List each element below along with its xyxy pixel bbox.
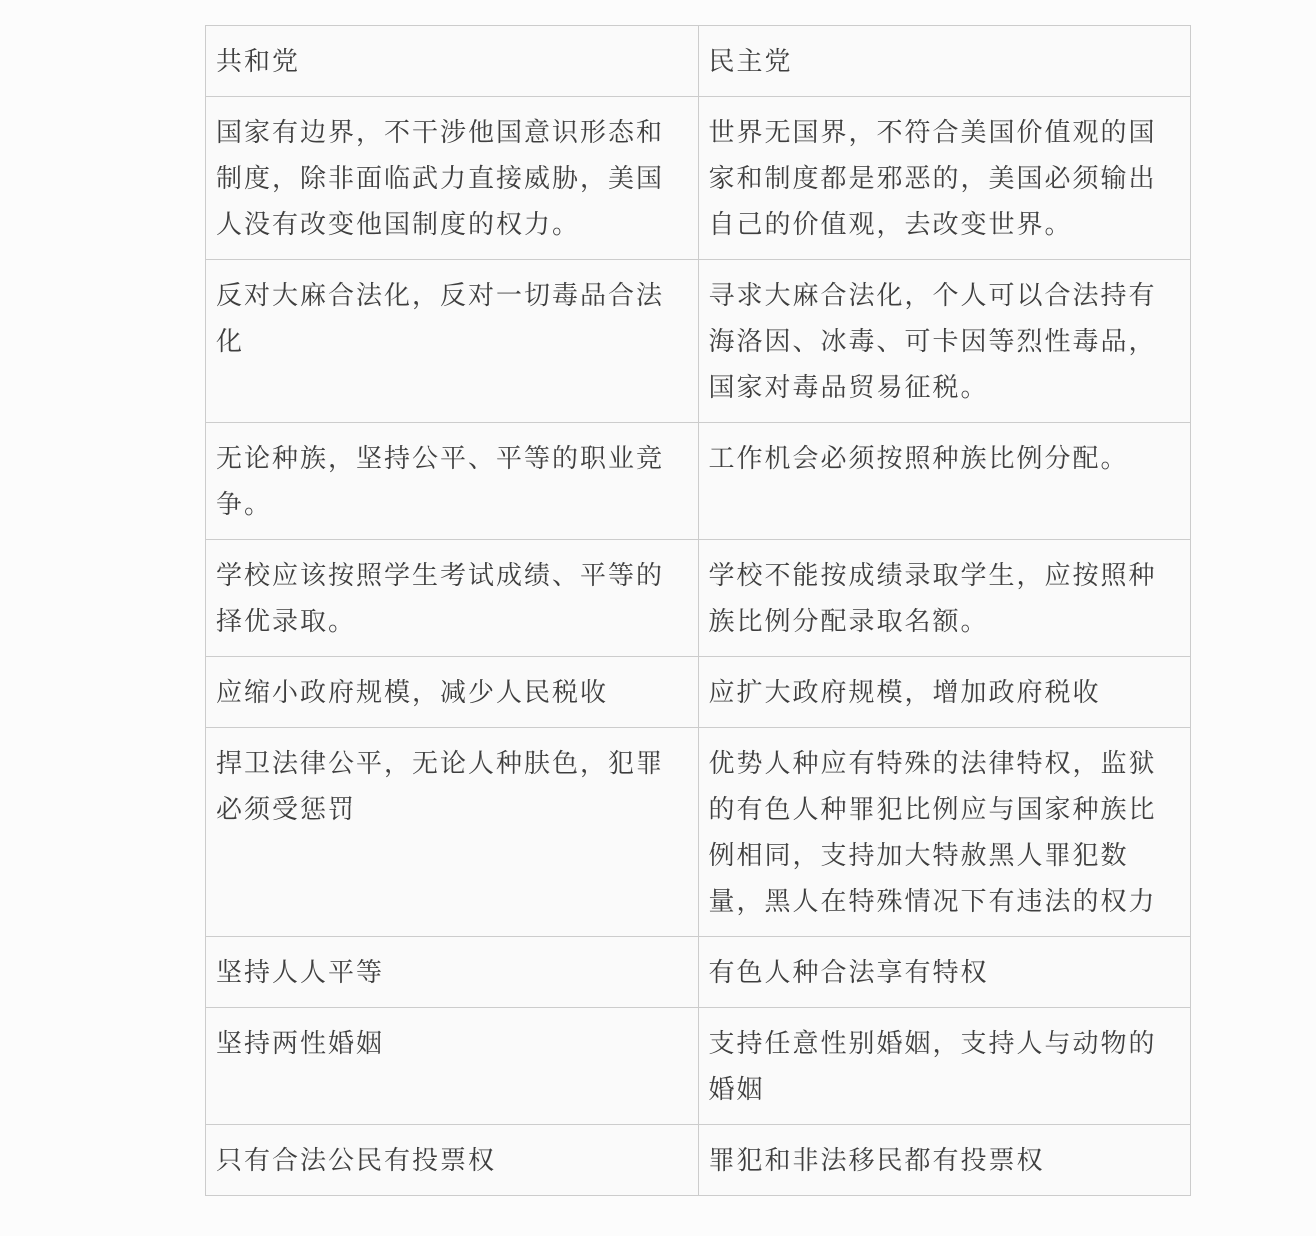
column-header-democrat: 民主党 [698, 26, 1191, 97]
header-row: 共和党 民主党 [206, 26, 1191, 97]
cell-democrat: 工作机会必须按照种族比例分配。 [698, 423, 1191, 540]
cell-republican: 捍卫法律公平，无论人种肤色，犯罪必须受惩罚 [206, 728, 699, 937]
page: 共和党 民主党 国家有边界，不干涉他国意识形态和制度，除非面临武力直接威胁，美国… [0, 0, 1316, 1236]
cell-republican: 反对大麻合法化，反对一切毒品合法化 [206, 260, 699, 423]
cell-democrat: 应扩大政府规模，增加政府税收 [698, 657, 1191, 728]
table-body: 国家有边界，不干涉他国意识形态和制度，除非面临武力直接威胁，美国人没有改变他国制… [206, 97, 1191, 1196]
cell-democrat: 有色人种合法享有特权 [698, 937, 1191, 1008]
party-comparison-table: 共和党 民主党 国家有边界，不干涉他国意识形态和制度，除非面临武力直接威胁，美国… [205, 25, 1191, 1196]
table-row: 坚持人人平等 有色人种合法享有特权 [206, 937, 1191, 1008]
table-row: 国家有边界，不干涉他国意识形态和制度，除非面临武力直接威胁，美国人没有改变他国制… [206, 97, 1191, 260]
cell-republican: 应缩小政府规模，减少人民税收 [206, 657, 699, 728]
table-row: 捍卫法律公平，无论人种肤色，犯罪必须受惩罚 优势人种应有特殊的法律特权，监狱的有… [206, 728, 1191, 937]
cell-democrat: 罪犯和非法移民都有投票权 [698, 1125, 1191, 1196]
table-row: 只有合法公民有投票权 罪犯和非法移民都有投票权 [206, 1125, 1191, 1196]
table-row: 坚持两性婚姻 支持任意性别婚姻，支持人与动物的婚姻 [206, 1008, 1191, 1125]
table-row: 应缩小政府规模，减少人民税收 应扩大政府规模，增加政府税收 [206, 657, 1191, 728]
table-row: 反对大麻合法化，反对一切毒品合法化 寻求大麻合法化，个人可以合法持有海洛因、冰毒… [206, 260, 1191, 423]
cell-republican: 只有合法公民有投票权 [206, 1125, 699, 1196]
cell-republican: 无论种族，坚持公平、平等的职业竞争。 [206, 423, 699, 540]
cell-democrat: 世界无国界，不符合美国价值观的国家和制度都是邪恶的，美国必须输出自己的价值观，去… [698, 97, 1191, 260]
cell-democrat: 支持任意性别婚姻，支持人与动物的婚姻 [698, 1008, 1191, 1125]
cell-republican: 坚持人人平等 [206, 937, 699, 1008]
cell-democrat: 优势人种应有特殊的法律特权，监狱的有色人种罪犯比例应与国家种族比例相同，支持加大… [698, 728, 1191, 937]
column-header-republican: 共和党 [206, 26, 699, 97]
cell-republican: 学校应该按照学生考试成绩、平等的择优录取。 [206, 540, 699, 657]
cell-democrat: 寻求大麻合法化，个人可以合法持有海洛因、冰毒、可卡因等烈性毒品，国家对毒品贸易征… [698, 260, 1191, 423]
cell-republican: 国家有边界，不干涉他国意识形态和制度，除非面临武力直接威胁，美国人没有改变他国制… [206, 97, 699, 260]
table-row: 无论种族，坚持公平、平等的职业竞争。 工作机会必须按照种族比例分配。 [206, 423, 1191, 540]
cell-democrat: 学校不能按成绩录取学生，应按照种族比例分配录取名额。 [698, 540, 1191, 657]
table-row: 学校应该按照学生考试成绩、平等的择优录取。 学校不能按成绩录取学生，应按照种族比… [206, 540, 1191, 657]
table-header: 共和党 民主党 [206, 26, 1191, 97]
cell-republican: 坚持两性婚姻 [206, 1008, 699, 1125]
